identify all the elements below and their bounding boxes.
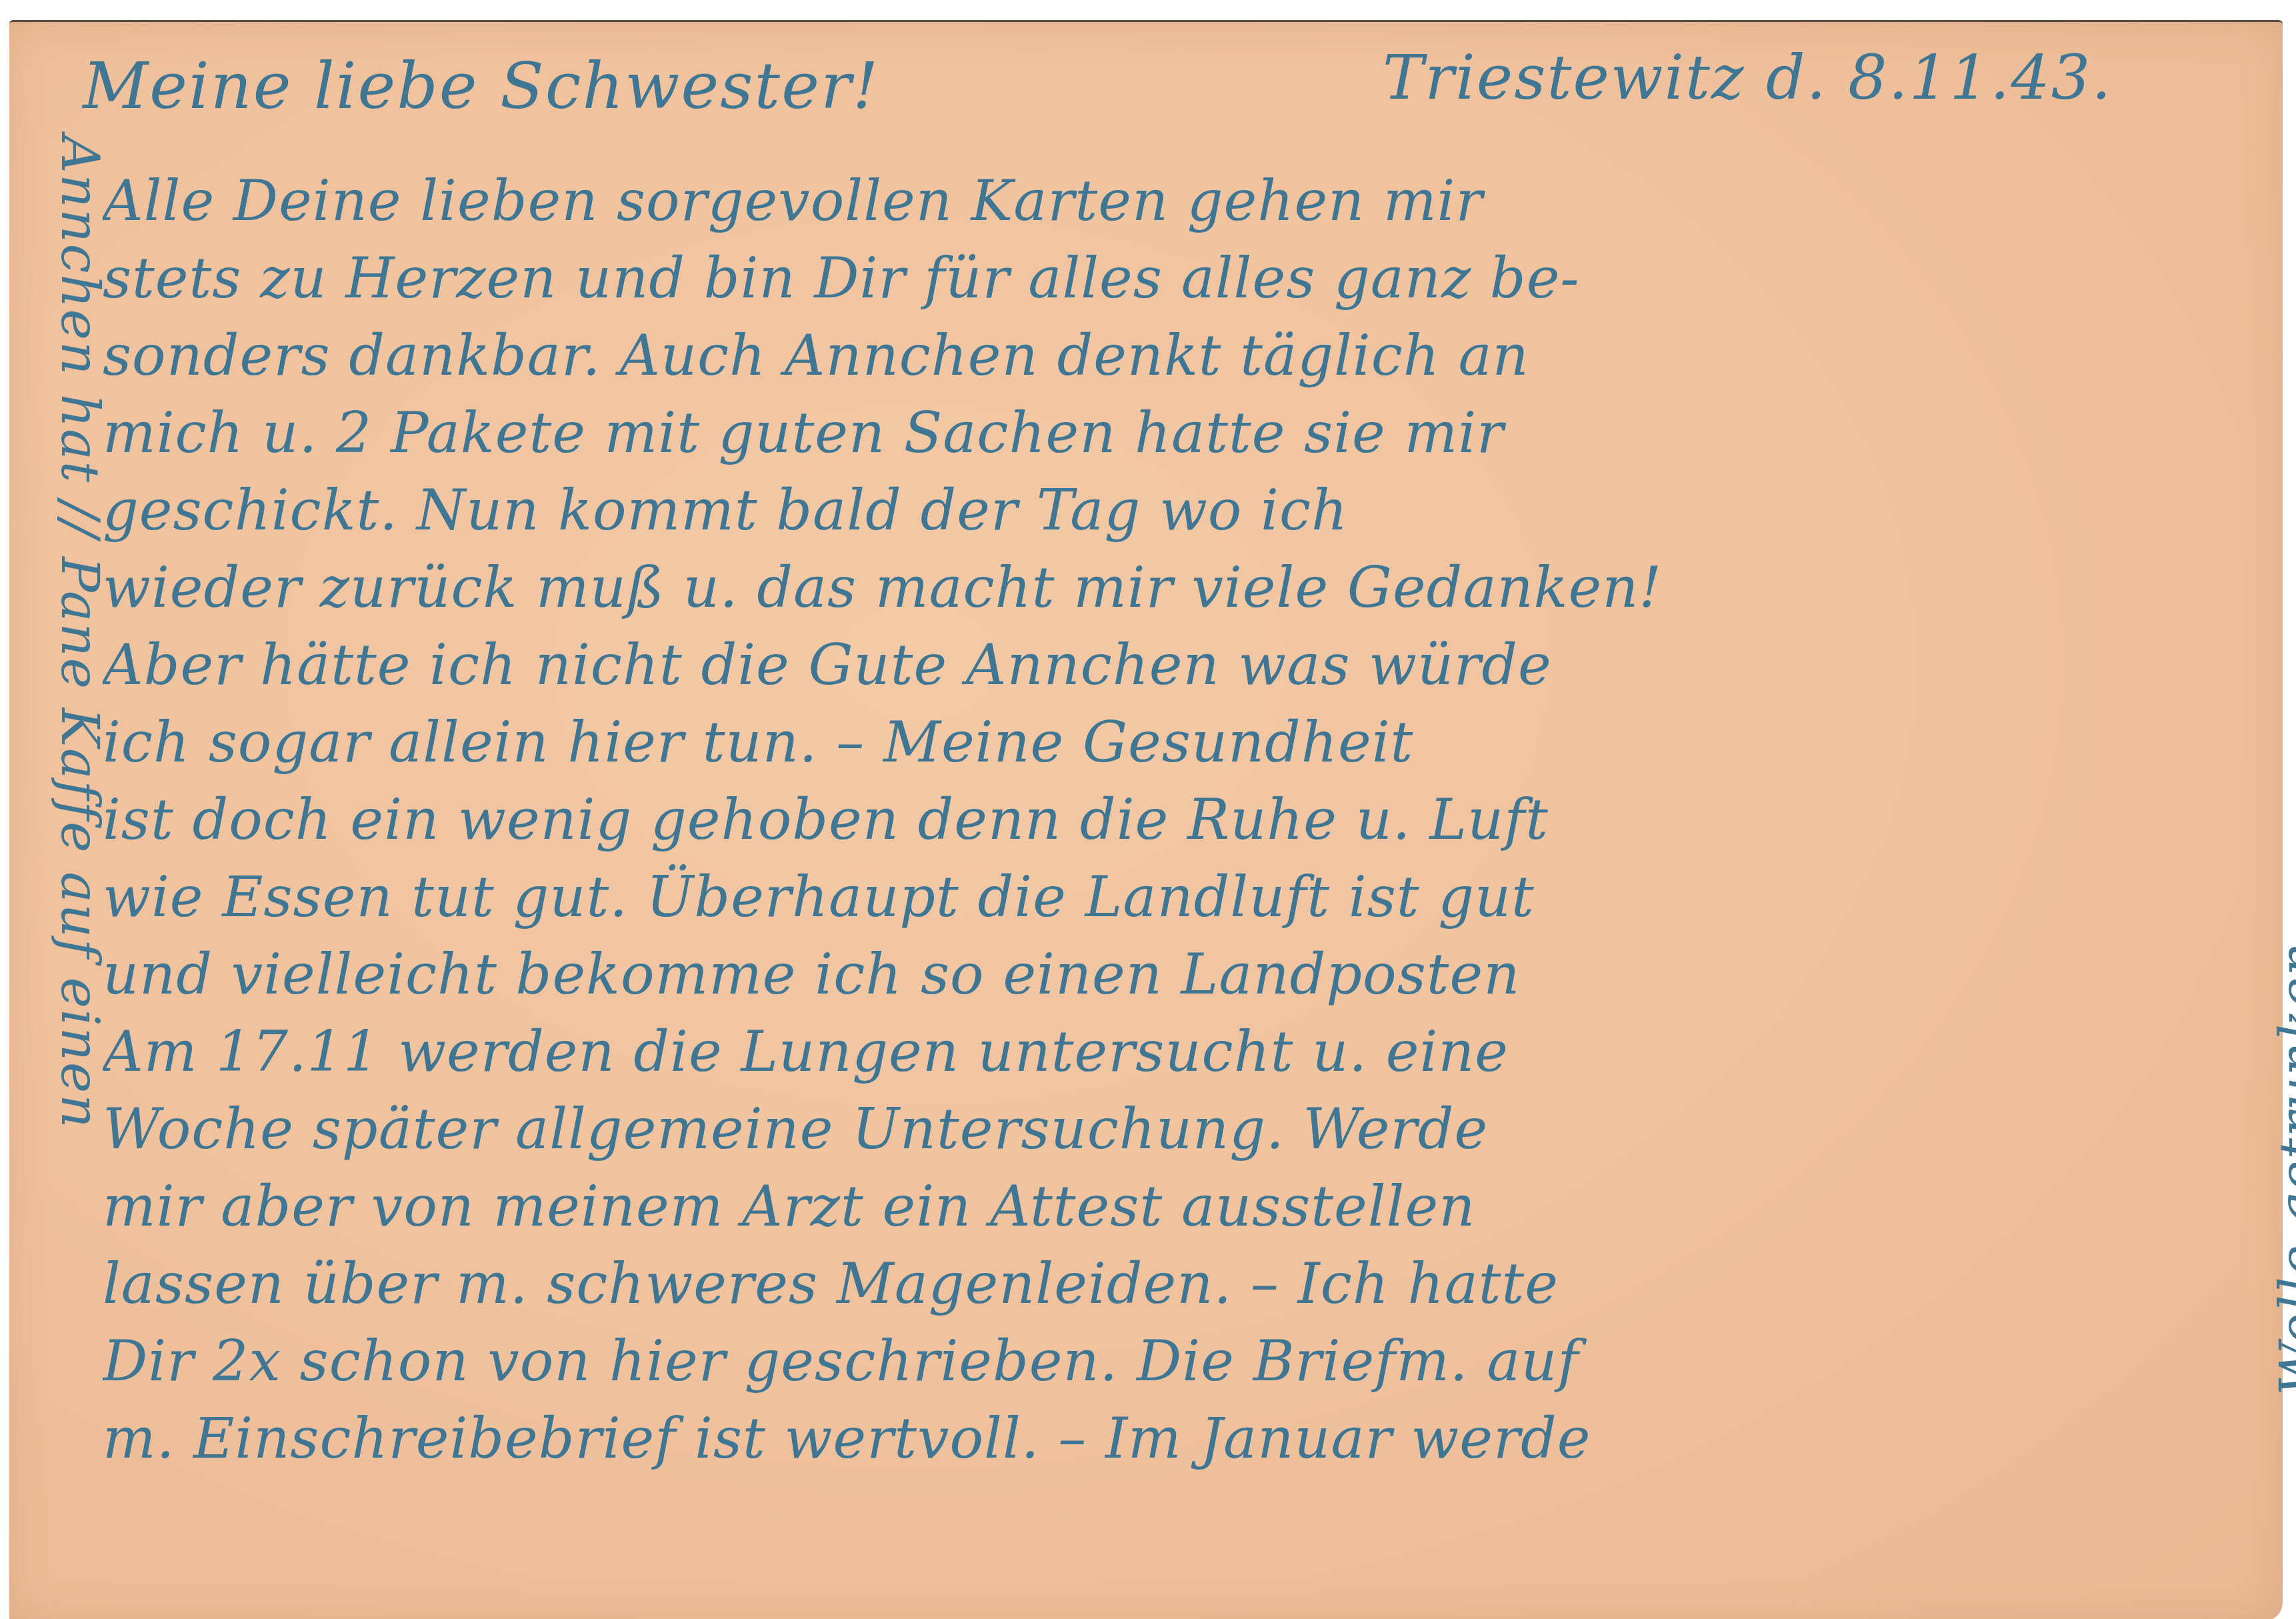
letter-line: mir aber von meinem Arzt ein Attest auss… xyxy=(103,1168,2223,1245)
letter-line: mich u. 2 Pakete mit guten Sachen hatte … xyxy=(103,394,2223,471)
letter-line: lassen über m. schweres Magenleiden. – I… xyxy=(103,1245,2223,1322)
letter-line: ich sogar allein hier tun. – Meine Gesun… xyxy=(103,703,2223,781)
letter-line: wieder zurück muß u. das macht mir viele… xyxy=(103,549,2223,626)
letter-line: Am 17.11 werden die Lungen untersucht u.… xyxy=(103,1013,2223,1090)
letter-line: ist doch ein wenig gehoben denn die Ruhe… xyxy=(103,781,2223,858)
salutation: Meine liebe Schwester! xyxy=(83,49,879,123)
letter-line: sonders dankbar. Auch Annchen denkt tägl… xyxy=(103,317,2223,394)
right-margin-note: Wolle getrunken. – xyxy=(2269,878,2296,1396)
letter-line: m. Einschreibebrief ist wertvoll. – Im J… xyxy=(103,1400,2223,1477)
left-margin-note: Annchen hat // Pane Kaffe auf einen xyxy=(49,135,109,1129)
letter-line: Aber hätte ich nicht die Gute Annchen wa… xyxy=(103,626,2223,703)
letter-line: wie Essen tut gut. Überhaupt die Landluf… xyxy=(103,858,2223,936)
letter-line: stets zu Herzen und bin Dir für alles al… xyxy=(103,239,2223,317)
letter-line: Woche später allgemeine Untersuchung. We… xyxy=(103,1090,2223,1168)
letter-line: Dir 2x schon von hier geschrieben. Die B… xyxy=(103,1322,2223,1400)
letter-body: Alle Deine lieben sorgevollen Karten geh… xyxy=(103,162,2223,1477)
letter-line: Alle Deine lieben sorgevollen Karten geh… xyxy=(103,162,2223,239)
letter-line: geschickt. Nun kommt bald der Tag wo ich xyxy=(103,471,2223,549)
place-and-date: Triestewitz d. 8.11.43. xyxy=(1383,42,2112,113)
letter-line: und vielleicht bekomme ich so einen Land… xyxy=(103,936,2223,1013)
postcard: Meine liebe Schwester! Triestewitz d. 8.… xyxy=(9,20,2283,1619)
